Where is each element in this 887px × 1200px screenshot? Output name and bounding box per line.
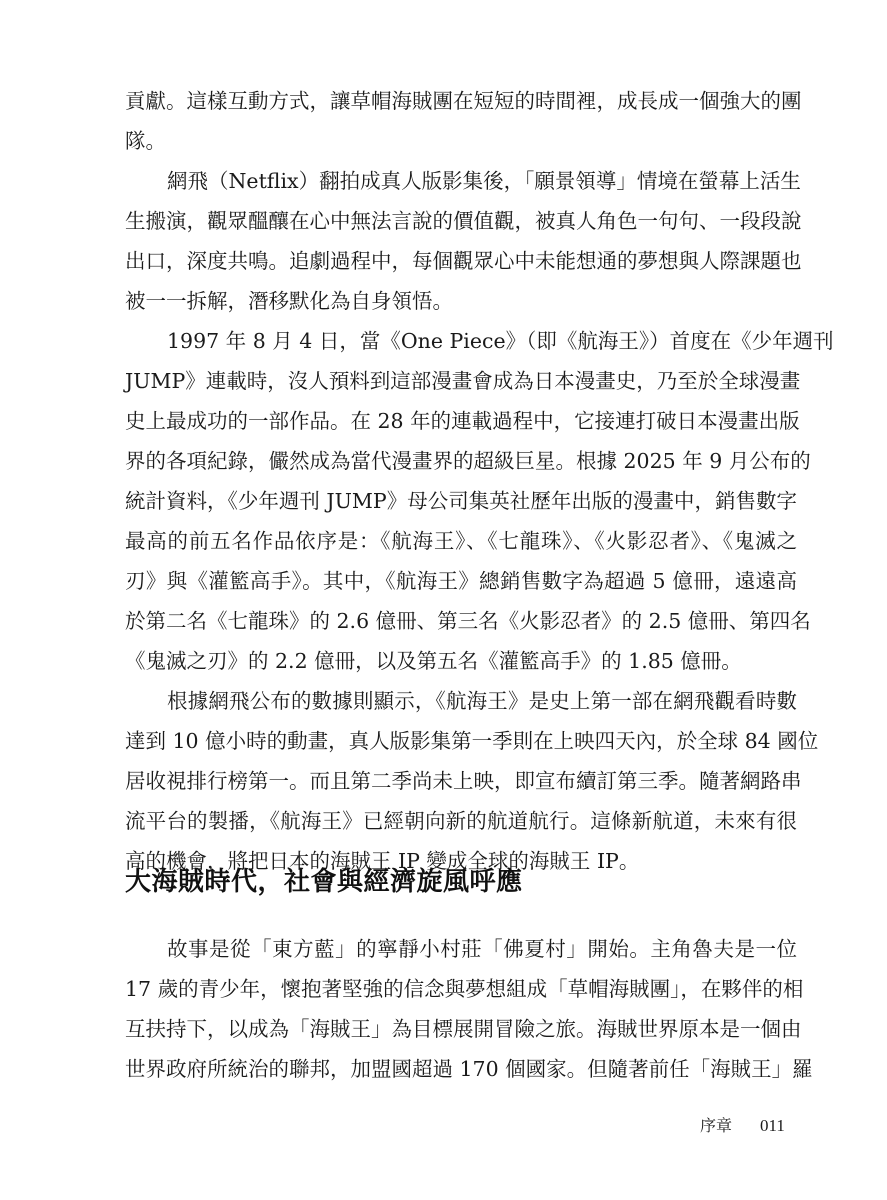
book-page: 貢獻。這樣互動方式，讓草帽海賊團在短短的時間裡，成長成一個強大的團 隊。 網飛（… xyxy=(0,0,887,1200)
section-heading: 大海賊時代，社會與經濟旋風呼應 xyxy=(125,866,523,898)
text-line: 刃》與《灌籃高手》。其中，《航海王》總銷售數字為超過 5 億冊，遠遠高 xyxy=(125,568,797,594)
text-line: 生搬演，觀眾醞釀在心中無法言說的價值觀，被真人角色一句句、一段段說 xyxy=(125,208,797,234)
text-line: 達到 10 億小時的動畫，真人版影集第一季則在上映四天內，於全球 84 國位 xyxy=(125,728,797,754)
text-line: 流平台的製播，《航海王》已經朝向新的航道航行。這條新航道，未來有很 xyxy=(125,808,797,834)
text-line: 《鬼滅之刃》的 2.2 億冊，以及第五名《灌籃高手》的 1.85 億冊。 xyxy=(125,648,797,674)
text-line: 根據網飛公布的數據則顯示，《航海王》是史上第一部在網飛觀看時數 xyxy=(167,688,797,714)
text-line: 世界政府所統治的聯邦，加盟國超過 170 個國家。但隨著前任「海賊王」羅 xyxy=(125,1056,797,1082)
text-line: 界的各項紀錄，儼然成為當代漫畫界的超級巨星。根據 2025 年 9 月公布的 xyxy=(125,448,797,474)
text-line: 統計資料，《少年週刊 JUMP》母公司集英社歷年出版的漫畫中，銷售數字 xyxy=(125,488,797,514)
text-line: 1997 年 8 月 4 日，當《One Piece》（即《航海王》）首度在《少… xyxy=(167,328,797,354)
text-line: 於第二名《七龍珠》的 2.6 億冊、第三名《火影忍者》的 2.5 億冊、第四名 xyxy=(125,608,797,634)
text-line: 互扶持下，以成為「海賊王」為目標展開冒險之旅。海賊世界原本是一個由 xyxy=(125,1016,797,1042)
text-line: 貢獻。這樣互動方式，讓草帽海賊團在短短的時間裡，成長成一個強大的團 xyxy=(125,88,797,114)
text-line: 17 歲的青少年，懷抱著堅強的信念與夢想組成「草帽海賊團」，在夥伴的相 xyxy=(125,976,797,1002)
text-line: 出口，深度共鳴。追劇過程中，每個觀眾心中未能想通的夢想與人際課題也 xyxy=(125,248,797,274)
text-line: 居收視排行榜第一。而且第二季尚未上映，即宣布續訂第三季。隨著網路串 xyxy=(125,768,797,794)
text-line: JUMP》連載時，沒人預料到這部漫畫會成為日本漫畫史，乃至於全球漫畫 xyxy=(125,368,797,394)
text-line: 隊。 xyxy=(125,128,797,154)
chapter-label: 序章 xyxy=(700,1116,732,1136)
text-line: 最高的前五名作品依序是：《航海王》、《七龍珠》、《火影忍者》、《鬼滅之 xyxy=(125,528,797,554)
text-line: 被一一拆解，潛移默化為自身領悟。 xyxy=(125,288,797,314)
text-line: 史上最成功的一部作品。在 28 年的連載過程中，它接連打破日本漫畫出版 xyxy=(125,408,797,434)
page-number: 011 xyxy=(760,1116,785,1136)
text-line: 故事是從「東方藍」的寧靜小村莊「佛夏村」開始。主角魯夫是一位 xyxy=(167,936,797,962)
text-line: 網飛（Netflix）翻拍成真人版影集後，「願景領導」情境在螢幕上活生 xyxy=(167,168,797,194)
